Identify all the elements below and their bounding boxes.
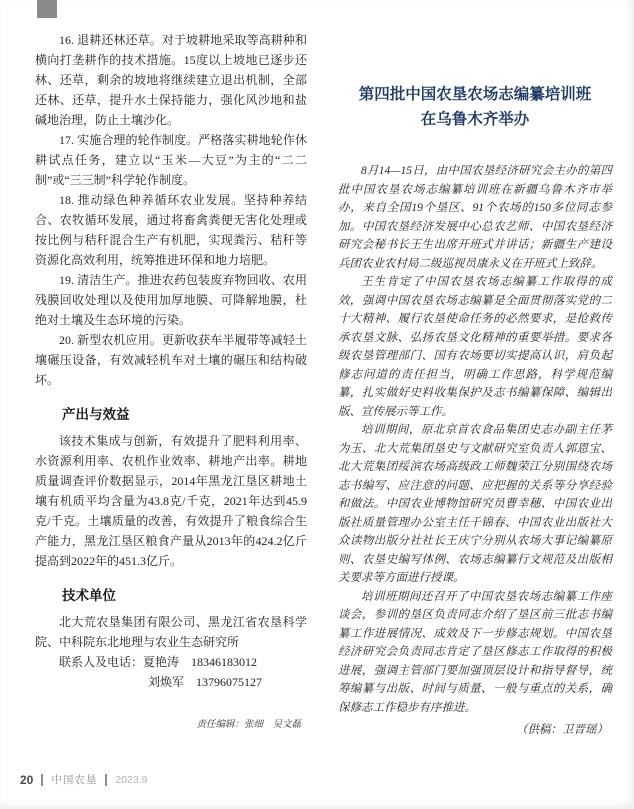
page-corner-marker [37, 0, 57, 18]
technical-units-paragraph: 北大荒农垦集团有限公司、黑龙江省农垦科学院、中科院东北地理与农业生态研究所 [35, 612, 307, 652]
article-paragraph-1: 8月14—15日，由中国农垦经济研究会主办的第四批中国农垦农场志编纂培训班在新疆… [338, 162, 612, 273]
left-column: 16. 退耕还林还草。对于坡耕地采取等高耕种和横向打垄耕作的技术措施。15度以上… [35, 30, 307, 740]
article-title-line-2: 在乌鲁木齐举办 [338, 107, 612, 132]
contact-line-2: 刘焕军 13796075127 [35, 672, 307, 692]
contact-line-1: 联系人及电话：夏艳涛 18346183012 [35, 652, 307, 672]
list-item-19: 19. 清洁生产。推进农药包装废弃物回收、农用残膜回收处理以及使用加厚地膜、可降… [35, 270, 307, 330]
heading-output-benefits: 产出与效益 [35, 403, 307, 423]
article-paragraph-4: 培训班期间还召开了中国农垦农场志编纂工作座谈会，参训的垦区负责同志介绍了垦区前三… [338, 588, 612, 718]
page-footer: 20 中国农垦 2023.9 [20, 772, 147, 787]
list-item-18: 18. 推动绿色种养循环农业发展。坚持种养结合、农牧循环发展，通过将畜禽粪便无害… [35, 190, 307, 270]
list-item-16: 16. 退耕还林还草。对于坡耕地采取等高耕种和横向打垄耕作的技术措施。15度以上… [35, 30, 307, 130]
article-paragraph-3: 培训期间，原北京首农食品集团史志办副主任茅为玉、北大荒集团垦史与文献研究室负责人… [338, 421, 612, 588]
responsible-editor-line: 责任编辑：张细 吴文磊 [35, 716, 301, 730]
page-number: 20 [20, 773, 33, 787]
article-paragraph-2: 王生肯定了中国农垦农场志编纂工作取得的成效，强调中国农垦农场志编纂是全面贯彻落实… [338, 273, 612, 421]
article-title-line-1: 第四批中国农垦农场志编纂培训班 [338, 82, 612, 107]
magazine-name: 中国农垦 [51, 772, 97, 787]
two-column-layout: 16. 退耕还林还草。对于坡耕地采取等高耕种和横向打垄耕作的技术措施。15度以上… [0, 0, 634, 740]
heading-technical-units: 技术单位 [35, 584, 307, 604]
output-benefits-paragraph: 该技术集成与创新，有效提升了肥料利用率、水资源利用率、农机作业效率、耕地产出率。… [35, 431, 307, 571]
list-item-20: 20. 新型农机应用。更新收获车半履带等减轻土壤碾压设备，有效减轻机车对土壤的碾… [35, 330, 307, 390]
footer-divider-bar [41, 774, 43, 786]
right-column: 第四批中国农垦农场志编纂培训班 在乌鲁木齐举办 8月14—15日，由中国农垦经济… [338, 30, 612, 740]
magazine-page: 16. 退耕还林还草。对于坡耕地采取等高耕种和横向打垄耕作的技术措施。15度以上… [0, 0, 634, 809]
issue-number: 2023.9 [115, 774, 147, 786]
article-title: 第四批中国农垦农场志编纂培训班 在乌鲁木齐举办 [338, 82, 612, 132]
contributor-byline: （供稿：卫晋瑶） [338, 721, 608, 740]
list-item-17: 17. 实施合理的轮作制度。严格落实耕地轮作休耕试点任务，建立以“玉米—大豆”为… [35, 130, 307, 190]
footer-divider-bar [105, 774, 107, 786]
